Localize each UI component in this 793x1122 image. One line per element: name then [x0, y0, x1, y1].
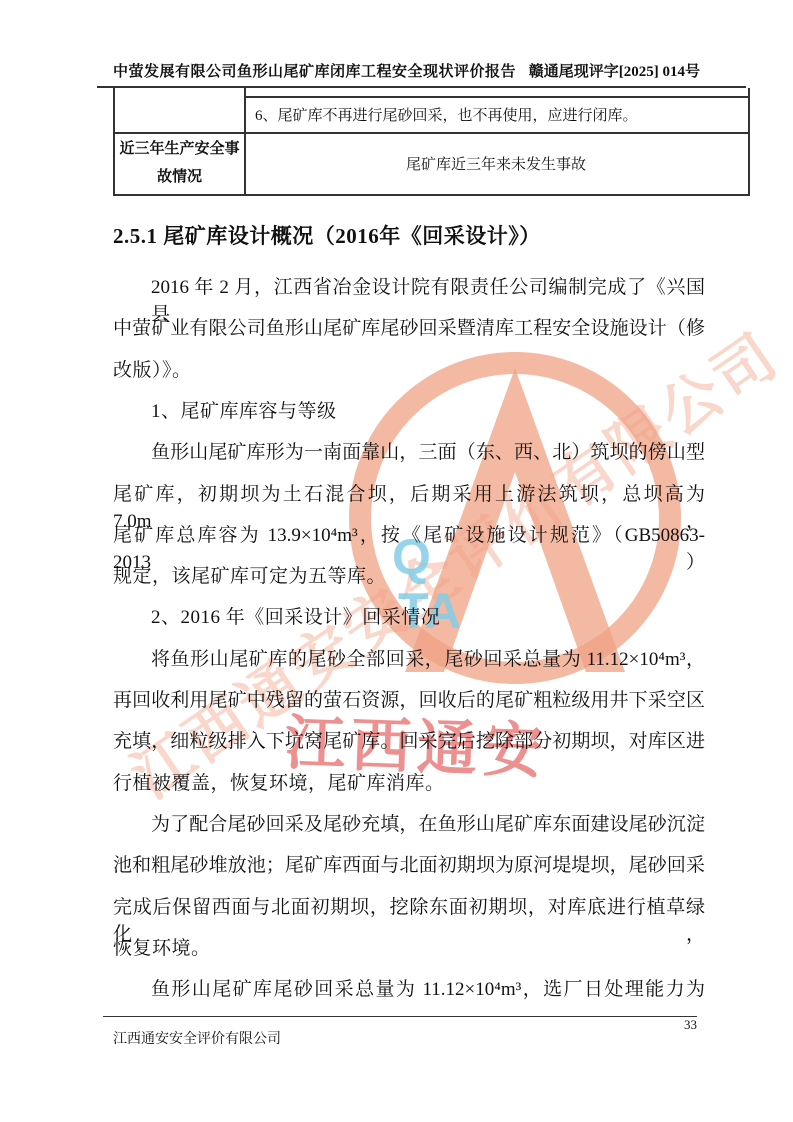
body-line: 将鱼形山尾矿库的尾砂全部回采，尾砂回采总量为 11.12×10⁴m³， — [113, 644, 705, 670]
body-line: 1、尾矿库库容与等级 — [113, 396, 705, 422]
table-cell-accident-label: 近三年生产安全事故情况 — [115, 132, 244, 194]
body-line: 规定，该尾矿库可定为五等库。 — [113, 561, 705, 587]
body-line: 鱼形山尾矿库尾砂回采总量为 11.12×10⁴m³，选厂日处理能力为 — [113, 974, 705, 1000]
body-line: 鱼形山尾矿库形为一南面靠山，三面（东、西、北）筑坝的傍山型 — [113, 437, 705, 463]
footer-rule — [103, 1016, 697, 1017]
summary-table: 6、尾矿库不再进行尾砂回采，也不再使用，应进行闭库。 近三年生产安全事故情况 尾… — [113, 88, 750, 196]
body-line: 2016 年 2 月，江西省冶金设计院有限责任公司编制完成了《兴国县 — [113, 272, 705, 298]
page-header-doc-number: 赣通尾现评字[2025] 014号 — [529, 60, 700, 81]
body-line: 充填，细粒级排入下坑窝尾矿库。回采完后挖除部分初期坝，对库区进 — [113, 726, 705, 752]
page-header-title: 中萤发展有限公司鱼形山尾矿库闭库工程安全现状评价报告 — [113, 60, 516, 81]
table-cell-item6: 6、尾矿库不再进行尾砂回采，也不再使用，应进行闭库。 — [255, 104, 638, 125]
body-line: 完成后保留西面与北面初期坝，挖除东面初期坝，对库底进行植草绿化， — [113, 892, 705, 918]
body-line: 行植被覆盖，恢复环境，尾矿库消库。 — [113, 768, 705, 794]
body-line: 中萤矿业有限公司鱼形山尾矿库尾砂回采暨清库工程安全设施设计（修 — [113, 313, 705, 339]
table-cell-accident-value: 尾矿库近三年来未发生事故 — [244, 132, 748, 194]
body-line: 为了配合尾砂回采及尾砂充填，在鱼形山尾矿库东面建设尾砂沉淀 — [113, 809, 705, 835]
section-heading: 2.5.1 尾矿库设计概况（2016年《回采设计》） — [113, 220, 541, 250]
content-layer: 中萤发展有限公司鱼形山尾矿库闭库工程安全现状评价报告 赣通尾现评字[2025] … — [0, 0, 793, 1122]
body-line: 再回收利用尾矿中残留的萤石资源，回收后的尾矿粗粒级用井下采空区 — [113, 685, 705, 711]
body-line: 改版）》。 — [113, 355, 705, 381]
document-page: 江西通安安全评价有限公司 Q TA 江西通安 中萤发展有限公司鱼形山尾矿库闭库工… — [0, 0, 793, 1122]
footer-company-name: 江西通安安全评价有限公司 — [113, 1028, 281, 1048]
body-line: 恢复环境。 — [113, 933, 705, 959]
table-row-divider-top — [244, 96, 748, 98]
body-line: 2、2016 年《回采设计》回采情况 — [113, 602, 705, 628]
body-line: 尾矿库总库容为 13.9×10⁴m³，按《尾矿设施设计规范》（GB50863-2… — [113, 520, 705, 546]
page-number: 33 — [684, 1017, 697, 1033]
body-line: 池和粗尾砂堆放池；尾矿库西面与北面初期坝为原河堤堤坝，尾砂回采 — [113, 850, 705, 876]
body-line: 尾矿库，初期坝为土石混合坝，后期采用上游法筑坝，总坝高为 7.0m， — [113, 479, 705, 505]
